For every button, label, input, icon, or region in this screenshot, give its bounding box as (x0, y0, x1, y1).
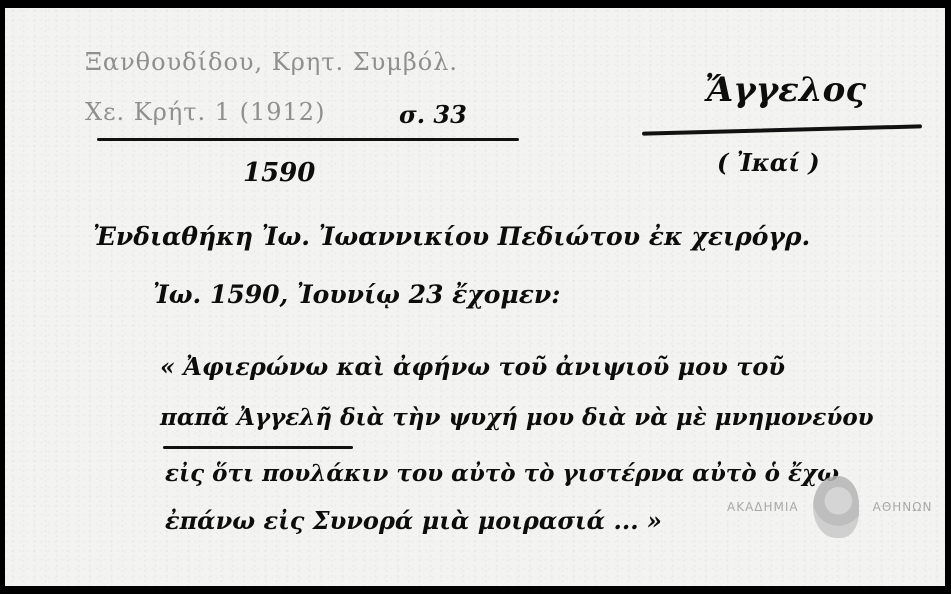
headword-underline (642, 124, 922, 135)
body-line-1: Ἐνδιαθήκη Ἰω. Ἰωαννικίου Πεδιώτου ἐκ χει… (93, 222, 810, 251)
body-line-2: Ἰω. 1590, Ἰουνίῳ 23 ἔχομεν: (153, 280, 561, 309)
academy-watermark: ΑΚΑΔΗΜΙΑ ΑΘΗΝΩΝ (727, 476, 932, 538)
body-line-6: ἐπάνω εἰς Συνορά μιὰ μοιρασιά ... » (165, 506, 662, 535)
source-underline (97, 138, 519, 141)
typed-source-line-2: Χε. Κρήτ. 1 (1912) (85, 98, 325, 126)
headword-region: ( Ἰκαί ) (717, 148, 820, 177)
body-line-4: παπᾶ Ἀγγελῆ διὰ τὴν ψυχή μου διὰ νὰ μὲ μ… (160, 404, 874, 431)
typed-source-line-1: Ξανθουδίδου, Κρητ. Συμβόλ. (85, 48, 458, 76)
body-line-3: « Ἀφιερώνω καὶ ἀφήνω τοῦ ἀνιψιοῦ μου τοῦ (160, 352, 785, 381)
index-card: Ξανθουδίδου, Κρητ. Συμβόλ. Χε. Κρήτ. 1 (… (5, 8, 945, 586)
athena-head-icon (813, 476, 859, 538)
watermark-left-text: ΑΚΑΔΗΜΙΑ (727, 500, 799, 514)
watermark-right-text: ΑΘΗΝΩΝ (873, 500, 933, 514)
headword: Ἄγγελος (705, 70, 866, 110)
entry-year: 1590 (243, 158, 315, 188)
body-underline (163, 446, 353, 449)
source-page-number: σ. 33 (399, 100, 467, 129)
